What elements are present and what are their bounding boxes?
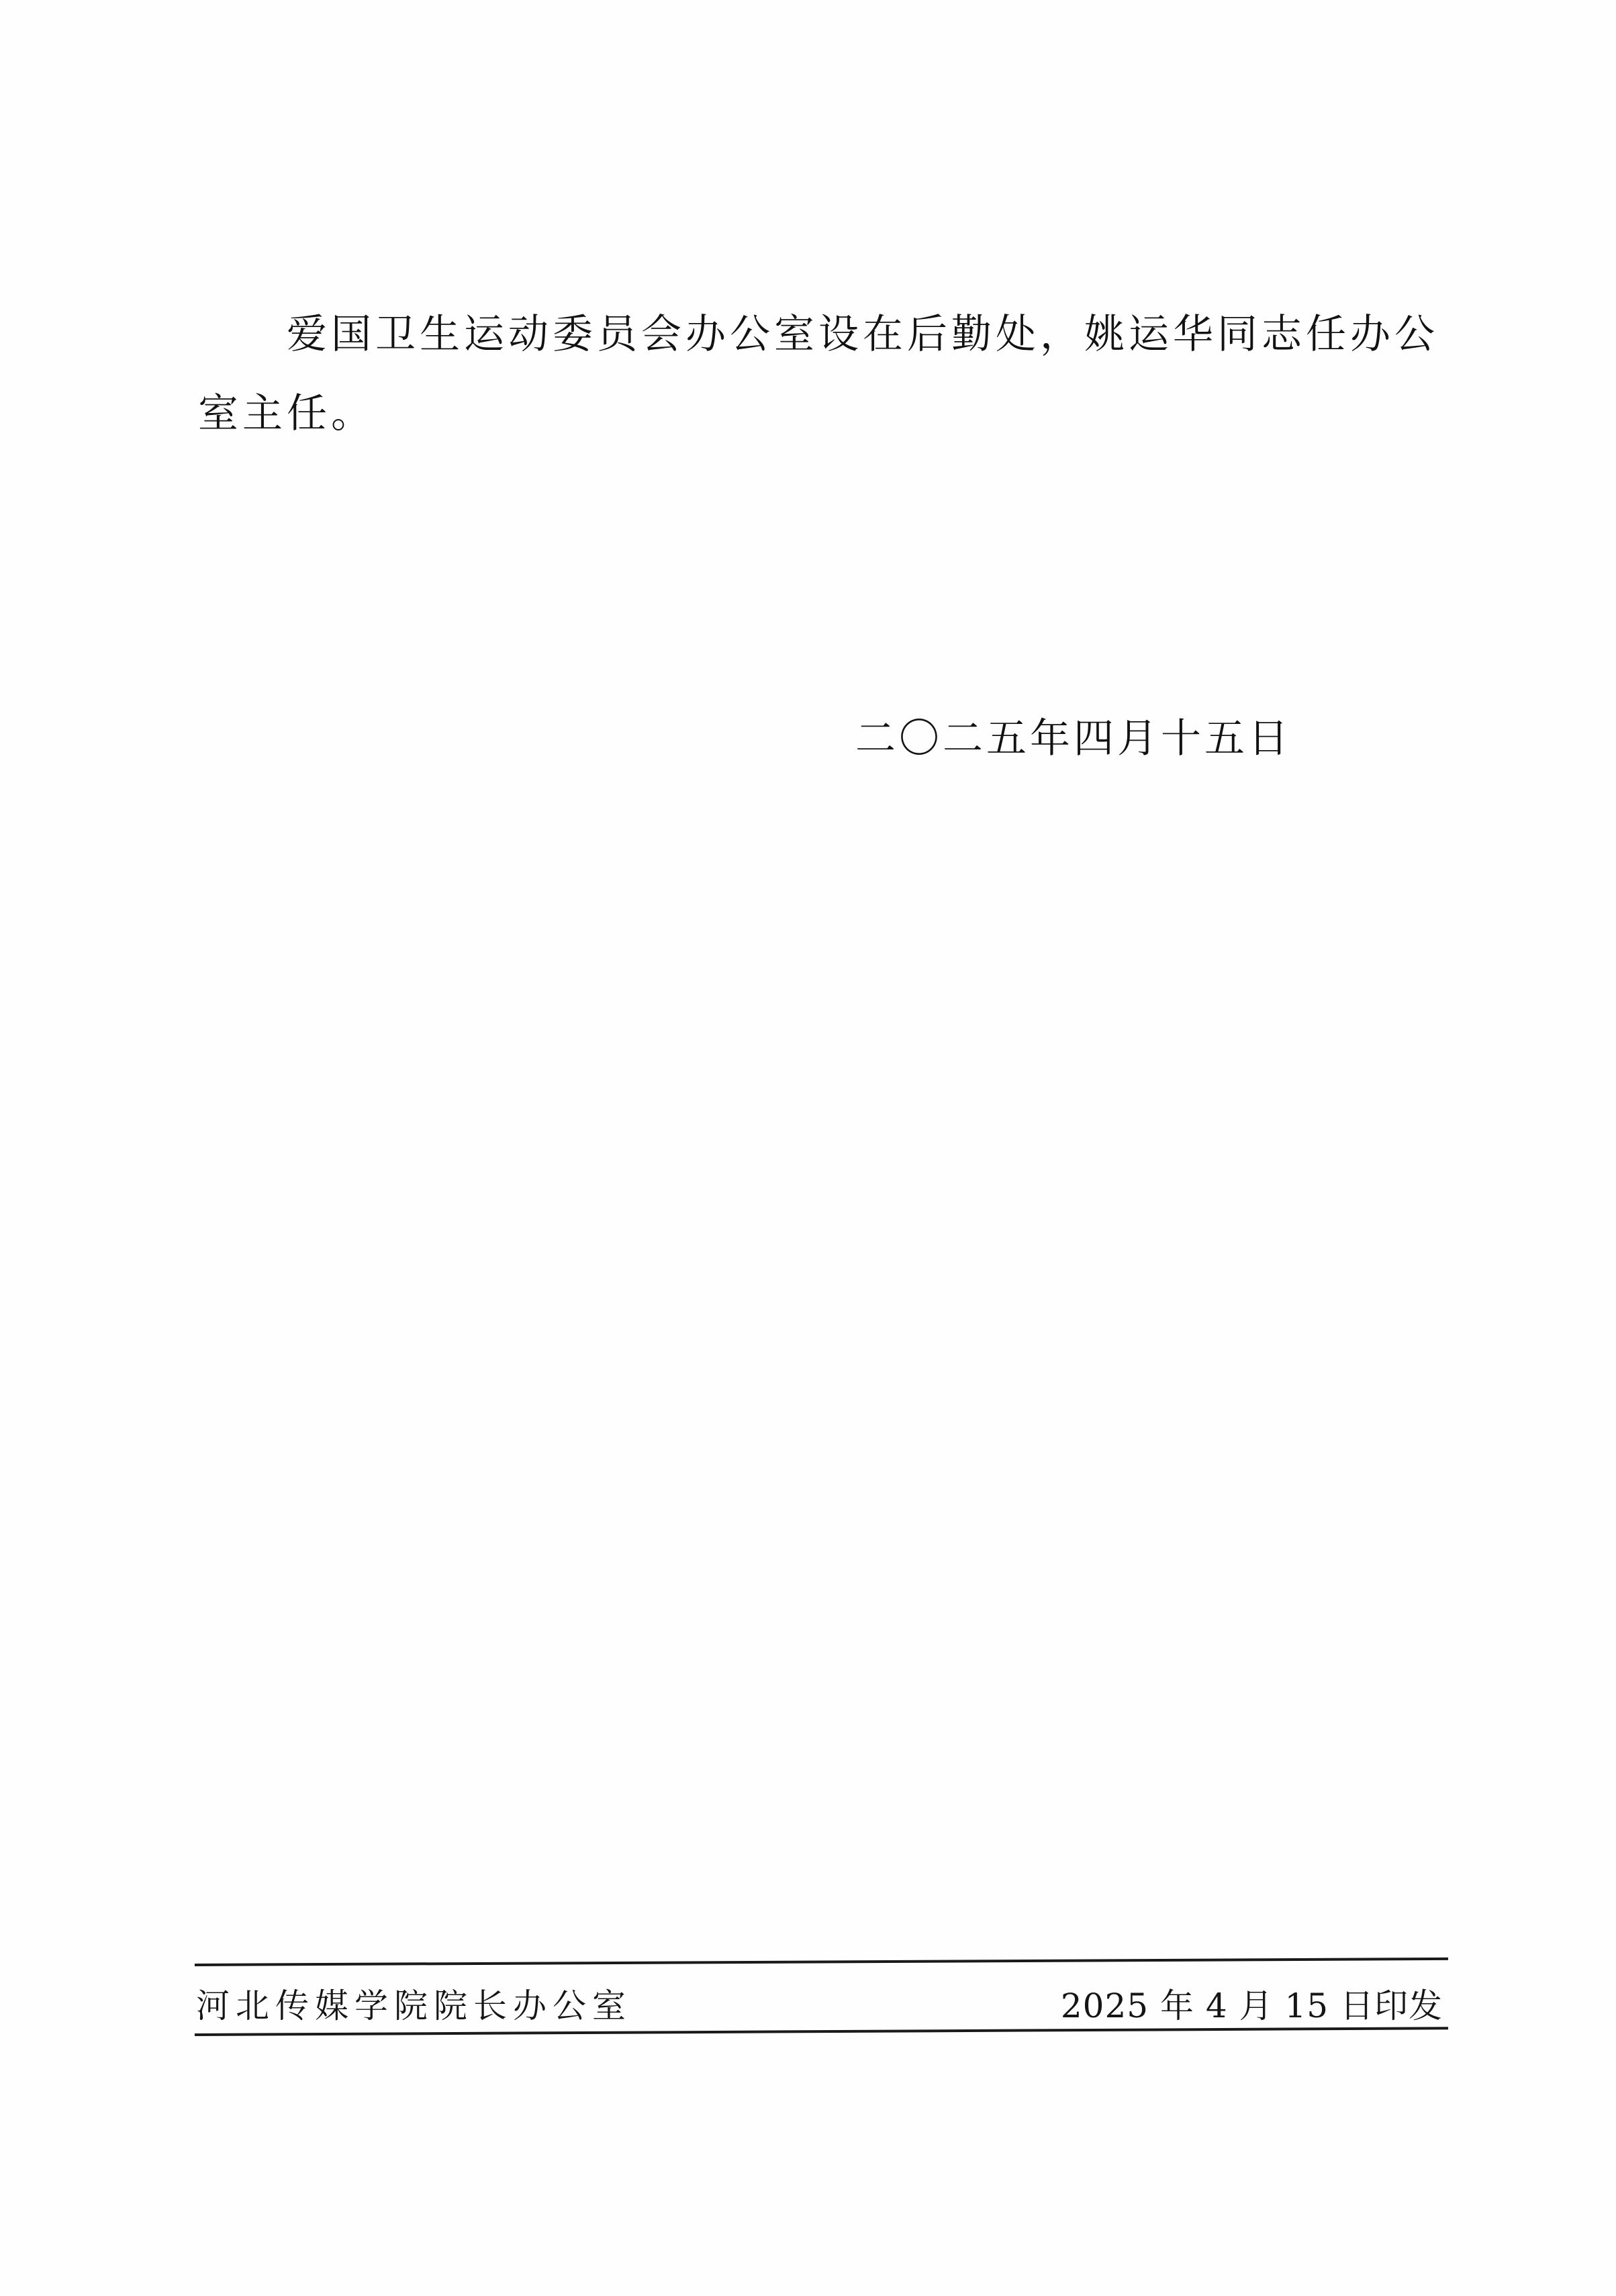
- signature-date: 二〇二五年四月十五日: [855, 719, 1292, 759]
- body-paragraph-line-2: 室主任。: [198, 394, 375, 434]
- footer-print-date: 2025 年 4 月 15 日印发: [1061, 1989, 1443, 2023]
- footer-divider-top: [195, 1958, 1448, 1966]
- document-page: 爱国卫生运动委员会办公室设在后勤处，姚运华同志任办公 室主任。 二〇二五年四月十…: [0, 0, 1616, 2296]
- footer-issuer: 河北传媒学院院长办公室: [196, 1989, 632, 2023]
- body-paragraph-line-1: 爱国卫生运动委员会办公室设在后勤处，姚运华同志任办公: [287, 314, 1439, 355]
- footer-divider-bottom: [195, 2027, 1448, 2036]
